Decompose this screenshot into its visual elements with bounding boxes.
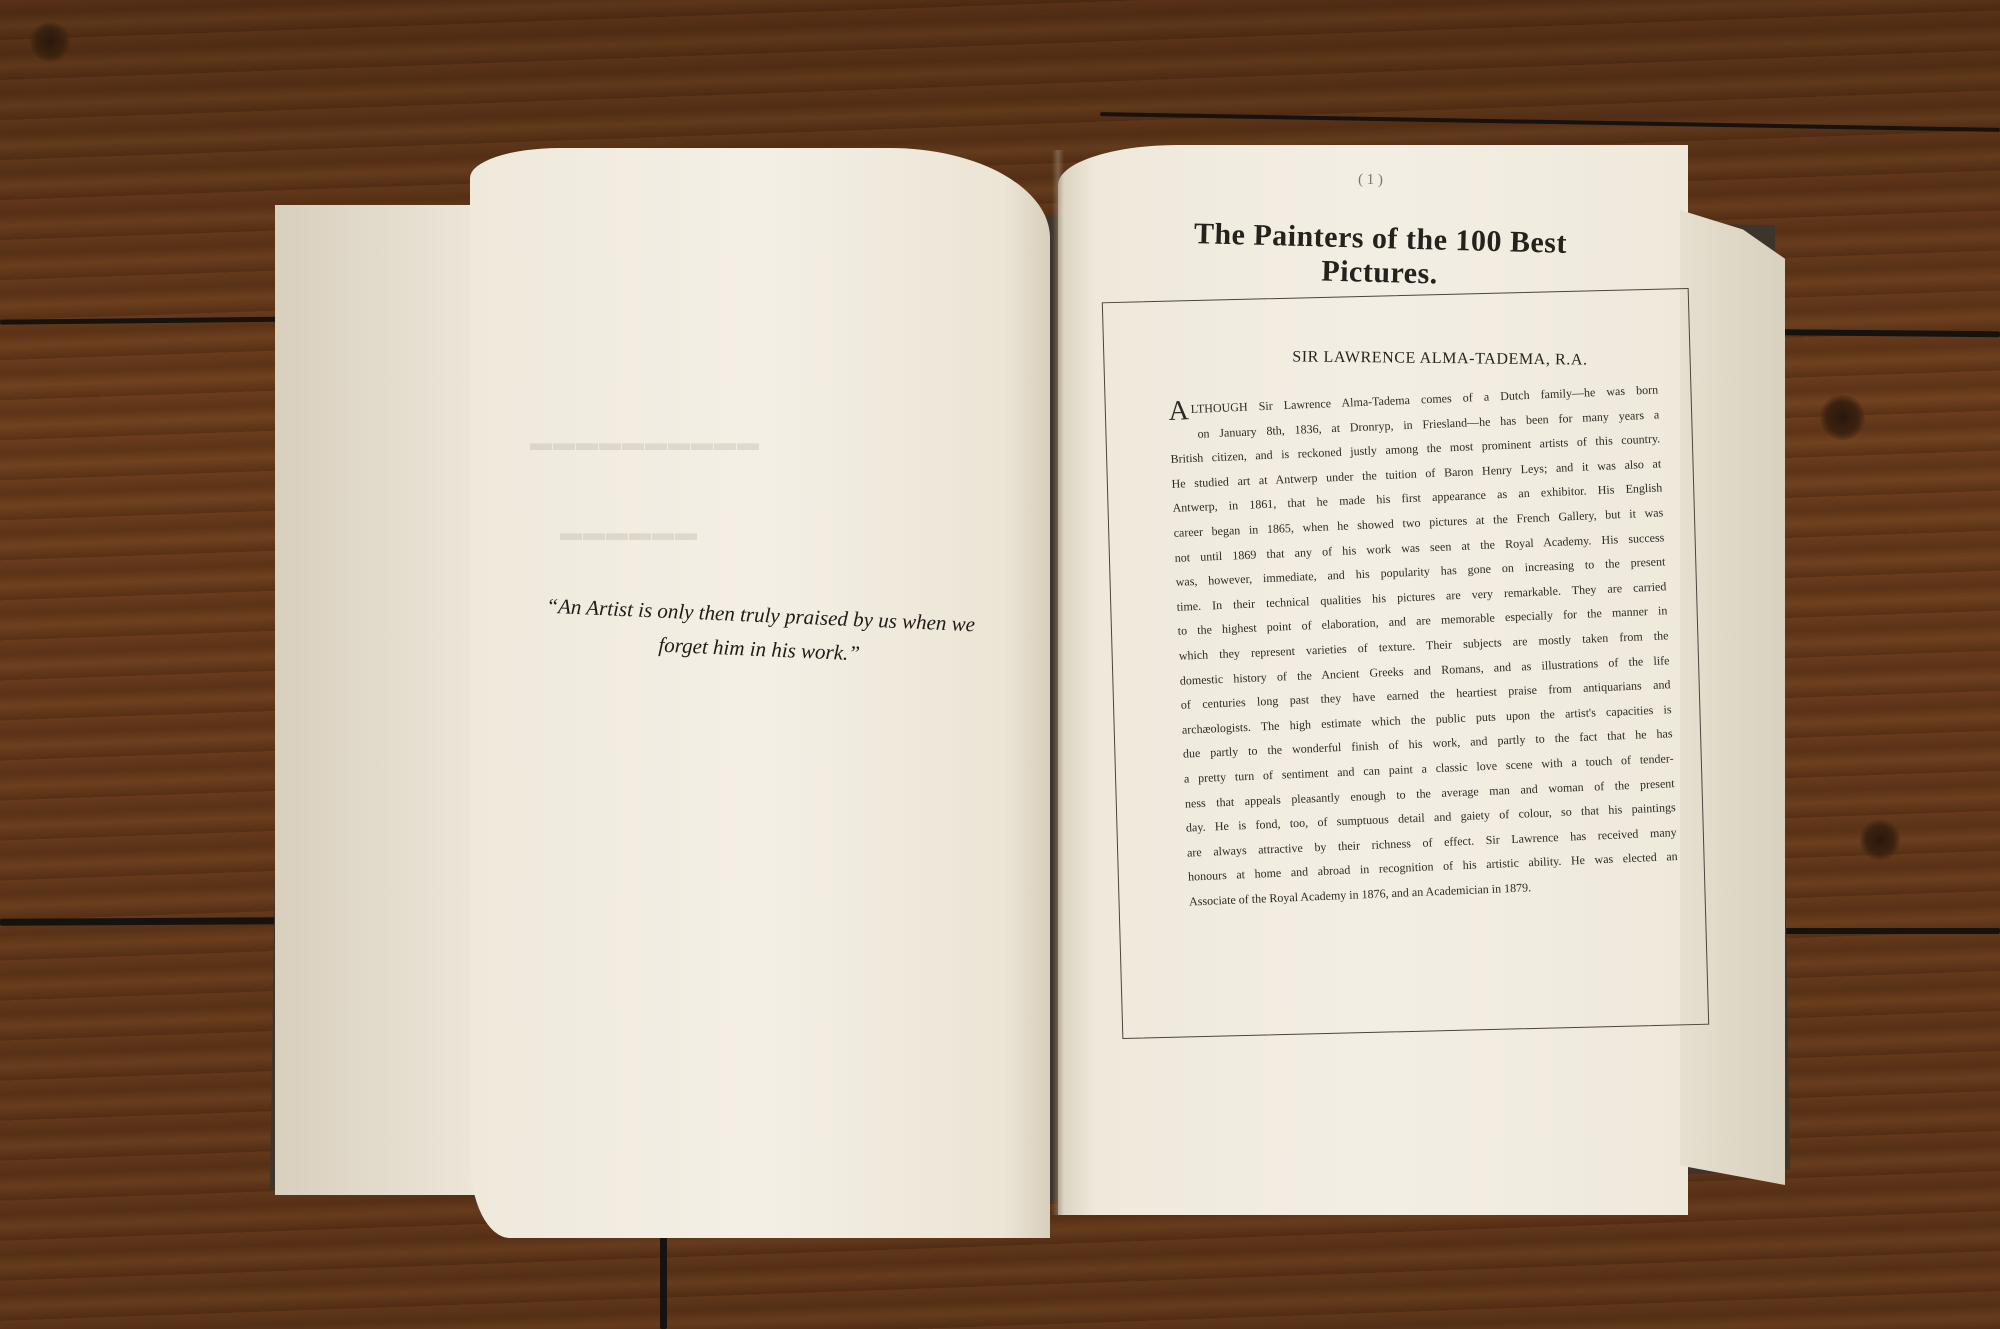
plank-gap xyxy=(1780,928,2000,934)
left-page-lower xyxy=(335,205,1060,1215)
wood-knot xyxy=(1860,820,1900,860)
plank-gap xyxy=(0,917,280,925)
biography-text: A LTHOUGH Sir Lawrence Alma-Tadema comes… xyxy=(1168,377,1679,914)
show-through-text: ▬▬▬▬▬▬▬▬▬▬ xyxy=(530,430,760,456)
page-number: ( 1 ) xyxy=(1358,172,1383,189)
wood-knot xyxy=(30,22,70,62)
drop-cap: A xyxy=(1168,401,1189,422)
wood-knot xyxy=(1820,395,1865,440)
page-title: The Painters of the 100 Best Pictures. xyxy=(1169,217,1591,296)
book-spine-gutter xyxy=(1052,150,1064,1215)
show-through-text: ▬▬▬▬▬▬ xyxy=(560,520,698,546)
